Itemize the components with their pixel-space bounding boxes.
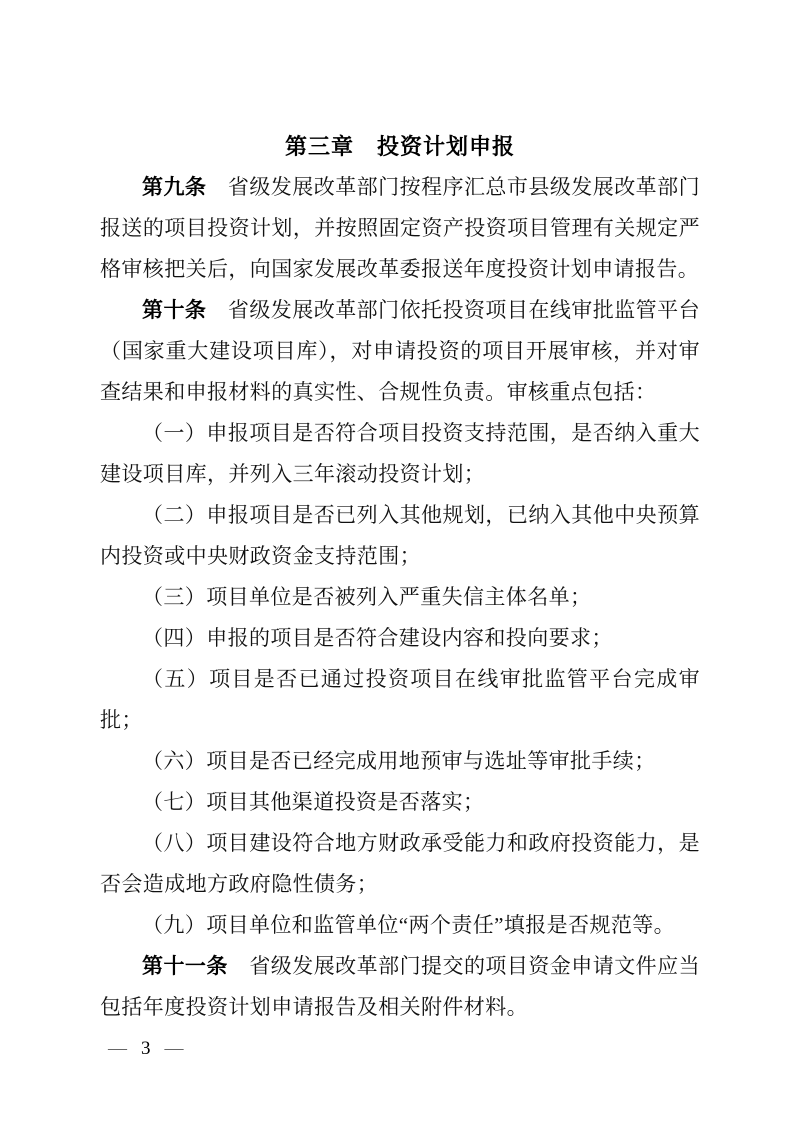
- footer-dash-right: —: [165, 1038, 184, 1059]
- list-item-text: （六）项目是否已经完成用地预审与选址等审批手续；: [142, 749, 656, 773]
- article-10-number-label: 第十条: [142, 299, 206, 322]
- list-item-text: （三）项目单位是否被列入严重失信主体名单；: [142, 585, 591, 609]
- page-number-footer: —3—: [100, 1028, 700, 1069]
- list-item-text: （一）申报项目是否符合项目投资支持范围，是否纳入重大建设项目库，并列入三年滚动投…: [100, 421, 700, 486]
- list-item-7: （七）项目其他渠道投资是否落实；: [100, 782, 700, 823]
- paragraph-article-10: 第十条 省级发展改革部门依托投资项目在线审批监管平台（国家重大建设项目库），对申…: [100, 290, 700, 413]
- list-item-text: （九）项目单位和监管单位“两个责任”填报是否规范等。: [142, 913, 675, 937]
- list-item-1: （一）申报项目是否符合项目投资支持范围，是否纳入重大建设项目库，并列入三年滚动投…: [100, 413, 700, 495]
- footer-dash-left: —: [108, 1038, 127, 1059]
- article-9-number-label: 第九条: [142, 176, 206, 199]
- paragraph-article-9: 第九条 省级发展改革部门按程序汇总市县级发展改革部门报送的项目投资计划，并按照固…: [100, 167, 700, 290]
- list-item-8: （八）项目建设符合地方财政承受能力和政府投资能力，是否会造成地方政府隐性债务；: [100, 823, 700, 905]
- chapter-title: 第三章 投资计划申报: [100, 126, 700, 167]
- list-item-text: （四）申报的项目是否符合建设内容和投向要求；: [142, 626, 613, 650]
- document-page: 第三章 投资计划申报 第九条 省级发展改革部门按程序汇总市县级发展改革部门报送的…: [0, 0, 800, 1131]
- list-item-4: （四）申报的项目是否符合建设内容和投向要求；: [100, 618, 700, 659]
- paragraph-article-11: 第十一条 省级发展改革部门提交的项目资金申请文件应当包括年度投资计划申请报告及相…: [100, 946, 700, 1028]
- list-item-2: （二）申报项目是否已列入其他规划，已纳入其他中央预算内投资或中央财政资金支持范围…: [100, 495, 700, 577]
- list-item-3: （三）项目单位是否被列入严重失信主体名单；: [100, 577, 700, 618]
- list-item-5: （五）项目是否已通过投资项目在线审批监管平台完成审批；: [100, 659, 700, 741]
- list-item-text: （八）项目建设符合地方财政承受能力和政府投资能力，是否会造成地方政府隐性债务；: [100, 831, 700, 896]
- page-number: 3: [127, 1038, 165, 1059]
- list-item-9: （九）项目单位和监管单位“两个责任”填报是否规范等。: [100, 905, 700, 946]
- list-item-text: （七）项目其他渠道投资是否落实；: [142, 790, 484, 814]
- list-item-6: （六）项目是否已经完成用地预审与选址等审批手续；: [100, 741, 700, 782]
- article-11-number-label: 第十一条: [142, 955, 228, 978]
- list-item-text: （五）项目是否已通过投资项目在线审批监管平台完成审批；: [100, 667, 700, 732]
- list-item-text: （二）申报项目是否已列入其他规划，已纳入其他中央预算内投资或中央财政资金支持范围…: [100, 503, 700, 568]
